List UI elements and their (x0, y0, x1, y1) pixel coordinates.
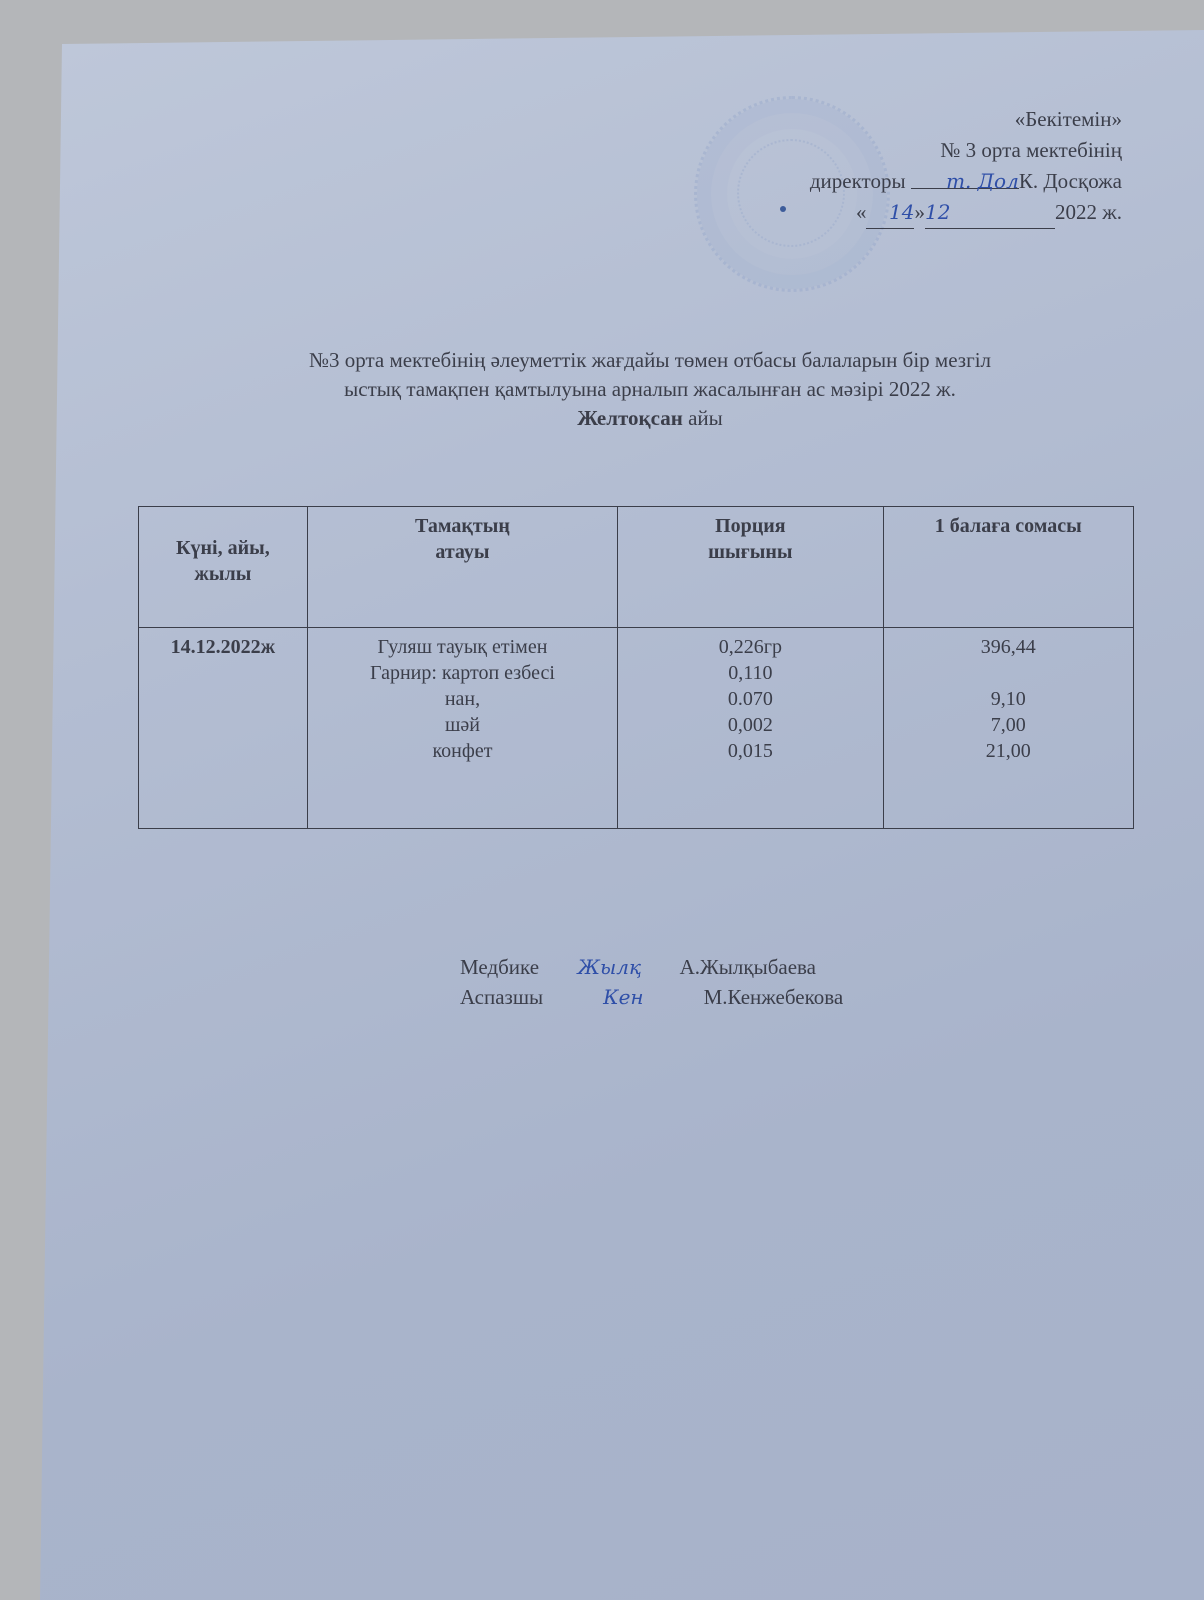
cell-date: 14.12.2022ж (139, 628, 308, 829)
signature-nurse: Медбике Жылқ А.Жылқыбаева (460, 952, 843, 982)
header-portion-line-1: Порция (618, 513, 882, 539)
date-month: 12 (925, 200, 950, 224)
cost-value: 21,00 (884, 738, 1133, 764)
handwritten-signature: Жылқ (544, 952, 674, 982)
header-dish: Тамақтыңатауы (307, 507, 617, 628)
approval-director-line: директоры т. ДолК. Досқожа (810, 166, 1122, 197)
dish-item: конфет (308, 738, 617, 764)
portion-value: 0.070 (618, 686, 882, 712)
header-portion-line-2: шығыны (618, 539, 882, 565)
portion-value: 0,110 (618, 660, 882, 686)
approval-heading: «Бекітемін» (810, 104, 1122, 135)
table-header-row: Күні, айы,жылы Тамақтыңатауы Порцияшығын… (139, 507, 1134, 628)
cost-value: 396,44 (884, 634, 1133, 660)
cell-costs: 396,44 9,10 7,00 21,00 (883, 628, 1133, 829)
signature-name: А.Жылқыбаева (680, 952, 816, 982)
date-close-quote: » (914, 200, 925, 224)
signature-name: М.Кенжебекова (704, 982, 844, 1012)
approval-school-line: № 3 орта мектебінің (810, 135, 1122, 166)
director-signature: т. Дол (946, 169, 1019, 193)
title-line-1: №3 орта мектебінің әлеуметтік жағдайы тө… (150, 346, 1150, 375)
cell-dishes: Гуляш тауық етімен Гарнир: картоп езбесі… (307, 628, 617, 829)
date-day-field: 14 (866, 197, 914, 229)
date-year: 2022 ж. (1055, 200, 1122, 224)
header-date: Күні, айы,жылы (139, 507, 308, 628)
document-title: №3 орта мектебінің әлеуметтік жағдайы тө… (150, 346, 1150, 433)
cell-portions: 0,226гр 0,110 0.070 0,002 0,015 (618, 628, 883, 829)
portion-value: 0,002 (618, 712, 882, 738)
director-label: директоры (810, 169, 906, 193)
date-open-quote: « (856, 200, 867, 224)
header-dish-line-1: Тамақтың (308, 513, 617, 539)
ink-dot (780, 206, 786, 212)
handwritten-signature: Кен (548, 982, 698, 1012)
director-name: К. Досқожа (1019, 169, 1122, 193)
approval-block: «Бекітемін» № 3 орта мектебінің директор… (810, 104, 1122, 229)
dish-item: Гуляш тауық етімен (308, 634, 617, 660)
header-dish-line-2: атауы (308, 539, 617, 565)
director-signature-line: т. Дол (911, 166, 1019, 189)
date-month-field: 12 (925, 197, 1055, 229)
header-portion: Порцияшығыны (618, 507, 883, 628)
title-month-suffix: айы (683, 406, 723, 430)
approval-date-line: «14»122022 ж. (810, 197, 1122, 229)
signature-block: Медбике Жылқ А.Жылқыбаева Аспазшы Кен М.… (460, 952, 843, 1012)
header-cost-line-1: 1 балаға сомасы (884, 513, 1133, 539)
dish-item: Гарнир: картоп езбесі (308, 660, 617, 686)
dish-item: нан, (308, 686, 617, 712)
header-cost: 1 балаға сомасы (883, 507, 1133, 628)
header-date-line-2: жылы (139, 561, 307, 587)
title-line-2: ыстық тамақпен қамтылуына арналып жасалы… (150, 375, 1150, 404)
header-date-line-1: Күні, айы, (139, 535, 307, 561)
title-month: Желтоқсан (577, 406, 683, 430)
signature-role: Аспазшы (460, 982, 543, 1012)
dish-item: шәй (308, 712, 617, 738)
signature-role: Медбике (460, 952, 539, 982)
cost-value (884, 660, 1133, 686)
title-month-line: Желтоқсан айы (150, 404, 1150, 433)
menu-table: Күні, айы,жылы Тамақтыңатауы Порцияшығын… (138, 506, 1134, 829)
portion-value: 0,226гр (618, 634, 882, 660)
cost-value: 7,00 (884, 712, 1133, 738)
portion-value: 0,015 (618, 738, 882, 764)
table-row: 14.12.2022ж Гуляш тауық етімен Гарнир: к… (139, 628, 1134, 829)
cost-value: 9,10 (884, 686, 1133, 712)
date-day: 14 (889, 200, 914, 224)
signature-cook: Аспазшы Кен М.Кенжебекова (460, 982, 843, 1012)
